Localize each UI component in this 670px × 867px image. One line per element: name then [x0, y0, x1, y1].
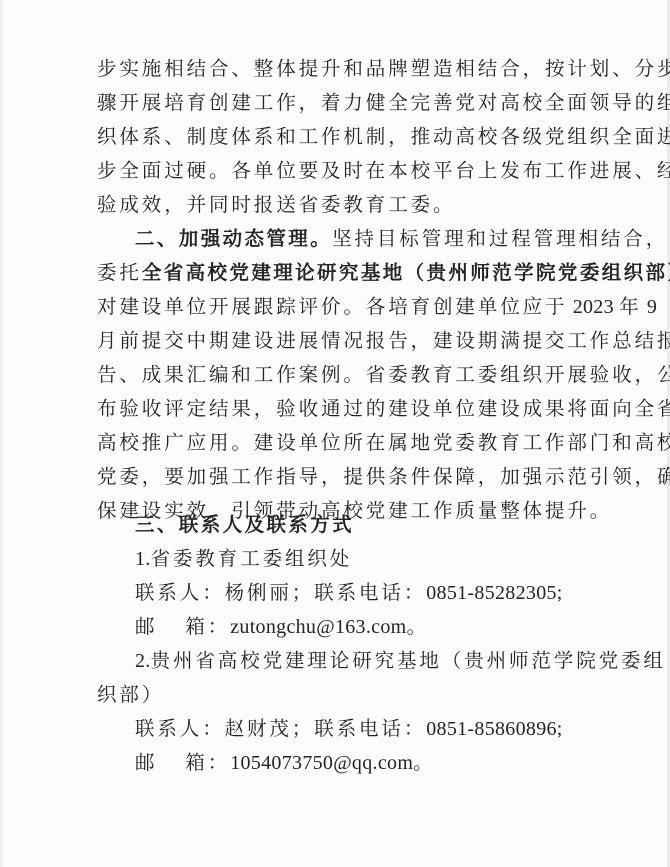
email-address: zutongchu@163.com: [230, 616, 406, 638]
contact-2-person-line: 联系人：赵财茂；联系电话：0851-85860896;: [135, 712, 615, 745]
scan-edge-left: [0, 0, 3, 867]
contact-1-org-name: 省委教育工委组织处: [151, 547, 353, 570]
punctuation: 。: [413, 751, 435, 774]
contact-1-org: 1.省委教育工委组织处: [135, 542, 615, 575]
email-address: 1054073750@qq.com: [230, 752, 413, 774]
contact-2-email-line: 邮箱：1054073750@qq.com。: [135, 746, 615, 779]
month-value: 9: [642, 296, 658, 318]
phone-label: 联系电话：: [314, 717, 426, 740]
body-line: 步实施相结合、整体提升和品牌塑造相结合，按计划、分步: [97, 52, 577, 85]
body-line: 委托全省高校党建理论研究基地（贵州师范学院党委组织部）: [97, 256, 577, 289]
phone-number: 0851-85282305;: [426, 582, 562, 604]
year-value: 2023: [567, 296, 619, 318]
section-2-text: 坚持目标管理和过程管理相结合，: [332, 227, 668, 250]
email-label: 箱：: [185, 615, 230, 638]
email-label: 邮: [135, 615, 157, 638]
body-line: 布验收评定结果，验收通过的建设单位建设成果将面向全省: [97, 392, 577, 425]
body-line: 党委，要加强工作指导，提供条件保障，加强示范引领，确: [97, 460, 577, 493]
contact-2-org-name: 贵州省高校党建理论研究基地（贵州师范学院党委组: [151, 649, 666, 672]
body-line: 骤开展培育创建工作，着力健全完善党对高校全面领导的组: [97, 86, 577, 119]
section-2-first-line: 二、加强动态管理。坚持目标管理和过程管理相结合，: [135, 222, 615, 255]
body-text: 委托: [97, 261, 142, 284]
contact-1-number: 1.: [135, 548, 151, 570]
body-line: 对建设单位开展跟踪评价。各培育创建单位应于 2023 年 9: [97, 290, 577, 323]
punctuation: 。: [406, 615, 428, 638]
body-line: 告、成果汇编和工作案例。省委教育工委组织开展验收，公: [97, 358, 577, 391]
section-3-heading: 三、联系人及联系方式: [135, 508, 615, 541]
research-base-name: 全省高校党建理论研究基地（贵州师范学院党委组织部）: [142, 261, 670, 284]
contact-2-number: 2.: [135, 650, 151, 672]
contact-1-person-line: 联系人：杨俐丽；联系电话：0851-85282305;: [135, 576, 615, 609]
contact-person-label: 联系人：: [135, 581, 225, 604]
phone-number: 0851-85860896;: [426, 718, 562, 740]
body-line: 步全面过硬。各单位要及时在本校平台上发布工作进展、经: [97, 154, 577, 187]
body-text: 对建设单位开展跟踪评价。各培育创建单位应于: [97, 295, 567, 318]
contact-2-org: 2.贵州省高校党建理论研究基地（贵州师范学院党委组: [135, 644, 615, 677]
body-line: 月前提交中期建设进展情况报告，建设期满提交工作总结报: [97, 324, 577, 357]
section-2-heading: 二、加强动态管理。: [135, 227, 332, 250]
document-page: 步实施相结合、整体提升和品牌塑造相结合，按计划、分步 骤开展培育创建工作，着力健…: [0, 0, 670, 867]
phone-label: 联系电话：: [314, 581, 426, 604]
contact-person-label: 联系人：: [135, 717, 225, 740]
contact-person-name: 赵财茂；: [225, 717, 315, 740]
body-line: 高校推广应用。建设单位所在属地党委教育工作部门和高校: [97, 426, 577, 459]
body-line: 织体系、制度体系和工作机制，推动高校各级党组织全面进: [97, 120, 577, 153]
email-label: 邮: [135, 751, 157, 774]
email-label: 箱：: [185, 751, 230, 774]
body-line: 验成效，并同时报送省委教育工委。: [97, 188, 577, 221]
contact-2-org-cont: 织部）: [97, 678, 577, 711]
contact-1-email-line: 邮箱：zutongchu@163.com。: [135, 610, 615, 643]
contact-person-name: 杨俐丽；: [225, 581, 315, 604]
body-text: 年: [619, 295, 641, 318]
